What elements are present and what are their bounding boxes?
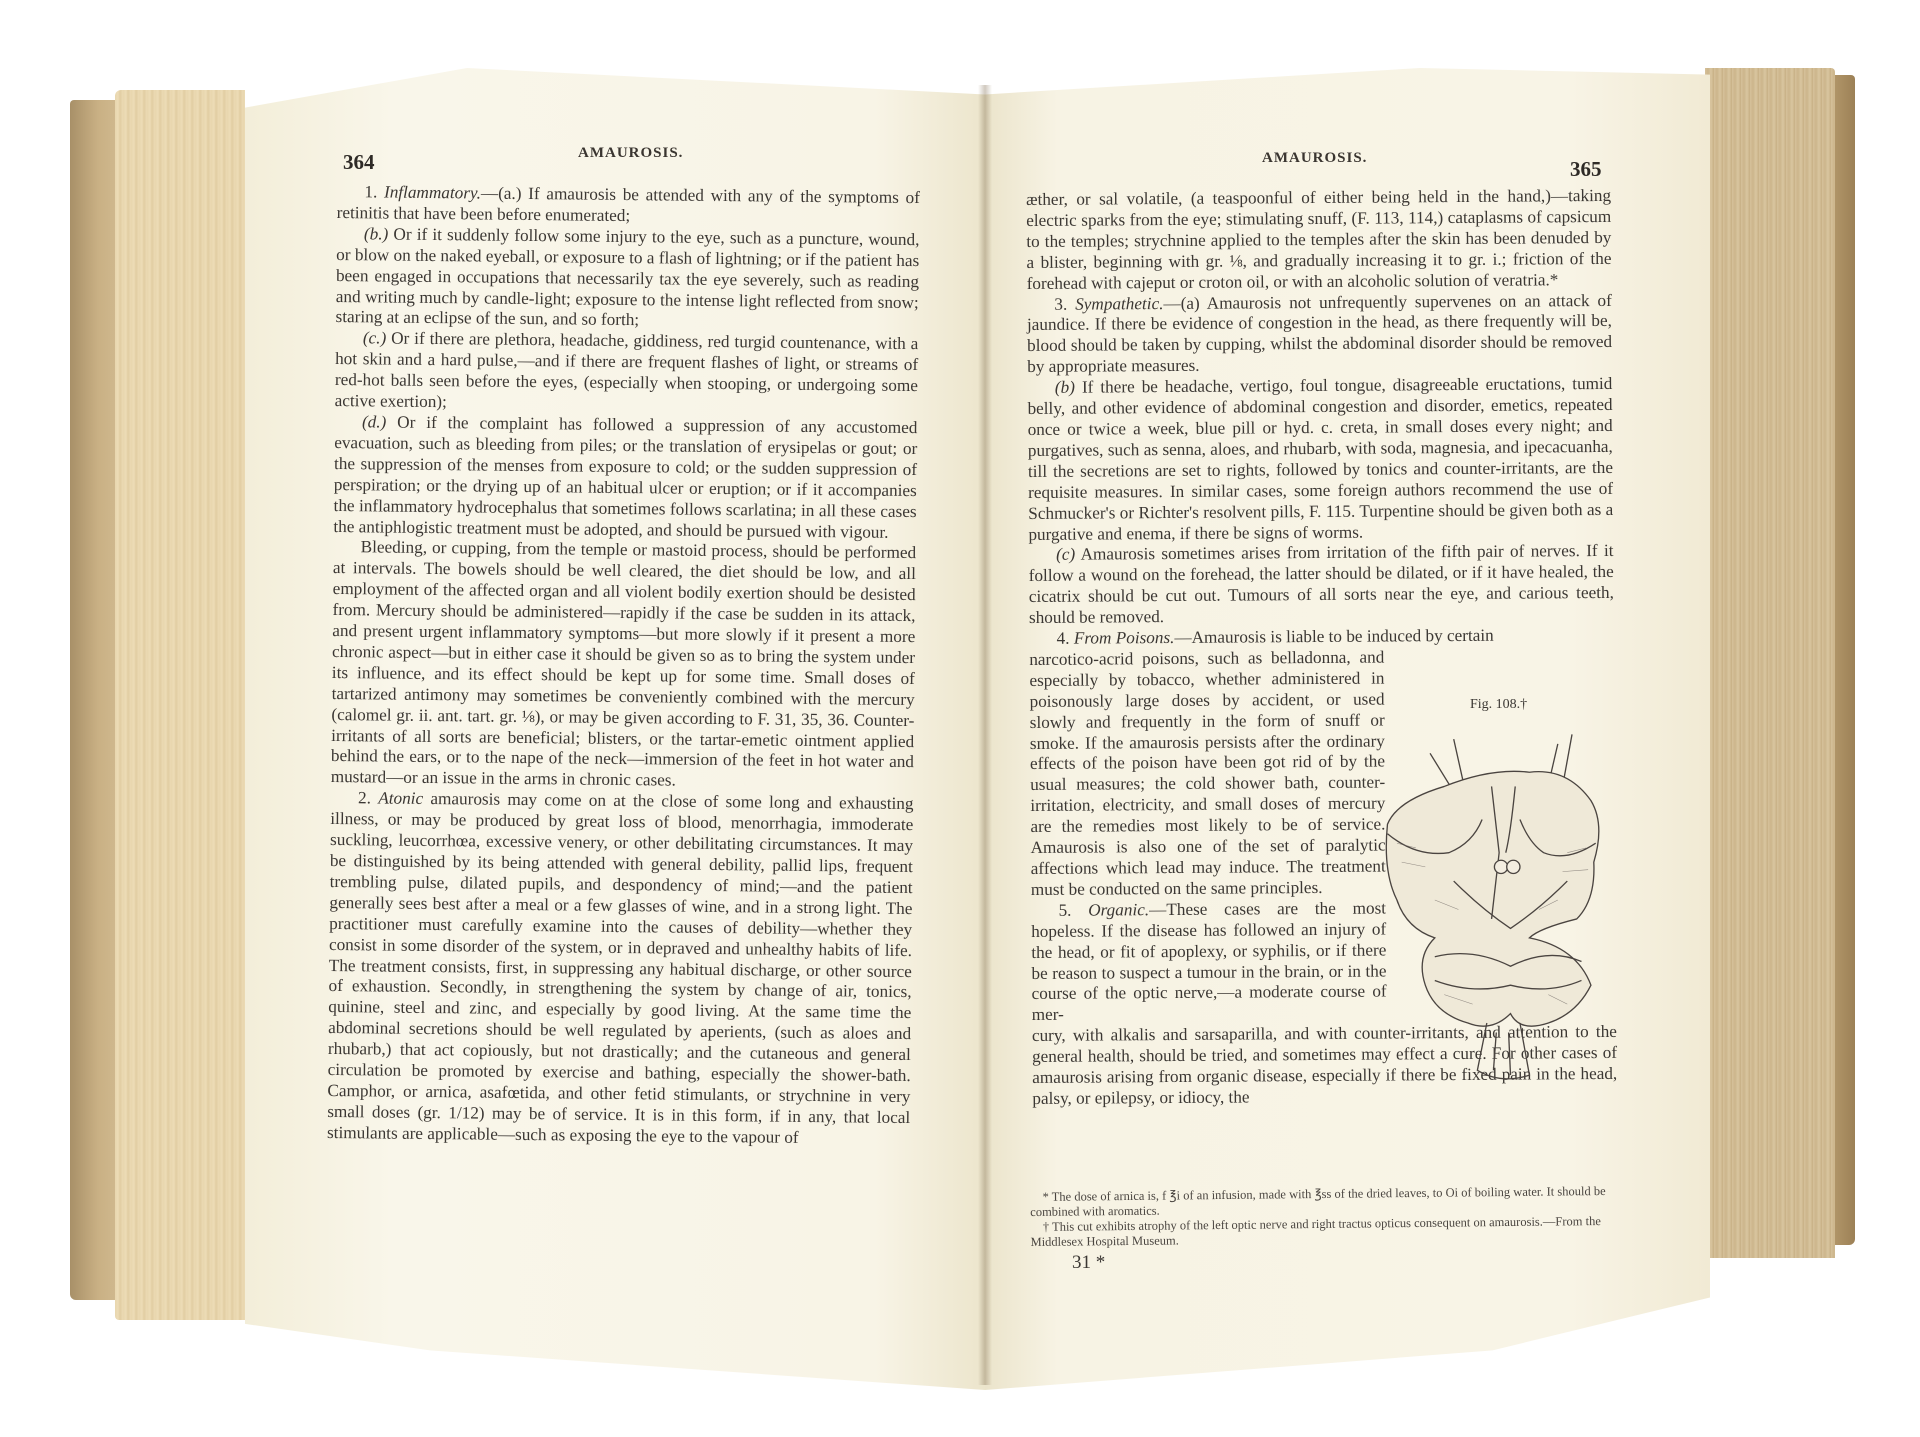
paragraph: (c) Amaurosis sometimes arises from irri… [1028,541,1614,629]
paragraph: 1. Inflammatory.—(a.) If amaurosis be at… [337,182,920,230]
paragraph: Bleeding, or cupping, from the temple or… [331,537,917,794]
paragraph: (d.) Or if the complaint has followed a … [333,412,917,544]
paragraph: 5. Organic.—These cases are the most hop… [1031,898,1387,1026]
paragraph: 2. Atonic amaurosis may come on at the c… [327,788,914,1149]
paragraph: (b) If there be headache, vertigo, foul … [1027,374,1613,545]
left-page-text: 1. Inflammatory.—(a.) If amaurosis be at… [327,182,920,1150]
anatomical-illustration [1378,700,1643,1100]
book-gutter [978,85,992,1385]
page-number-right: 365 [1570,157,1602,182]
figure-wrapped-text: narcotico-acrid poisons, such as bellado… [1029,647,1387,1026]
signature-mark: 31 * [1072,1252,1105,1274]
paragraph: (c.) Or if there are plethora, headache,… [335,328,919,418]
footnotes: * The dose of arnica is, f ℥i of an infu… [1030,1184,1616,1250]
paragraph: 4. From Poisons.—Amaurosis is liable to … [1029,625,1614,650]
paragraph: 3. Sympathetic.—(a) Amaurosis not unfreq… [1027,290,1613,378]
page-number-left: 364 [343,150,375,175]
running-head-left: AMAUROSIS. [578,145,683,162]
page-block-edge-right [1705,68,1835,1258]
page-block-edge-left [115,90,245,1320]
footnote: † This cut exhibits atrophy of the left … [1030,1214,1615,1250]
paragraph: (b.) Or if it suddenly follow some injur… [335,224,919,335]
paragraph: narcotico-acrid poisons, such as bellado… [1029,647,1386,900]
running-head-right: AMAUROSIS. [1262,150,1367,167]
paragraph: æther, or sal volatile, (a teaspoonful o… [1026,186,1612,295]
